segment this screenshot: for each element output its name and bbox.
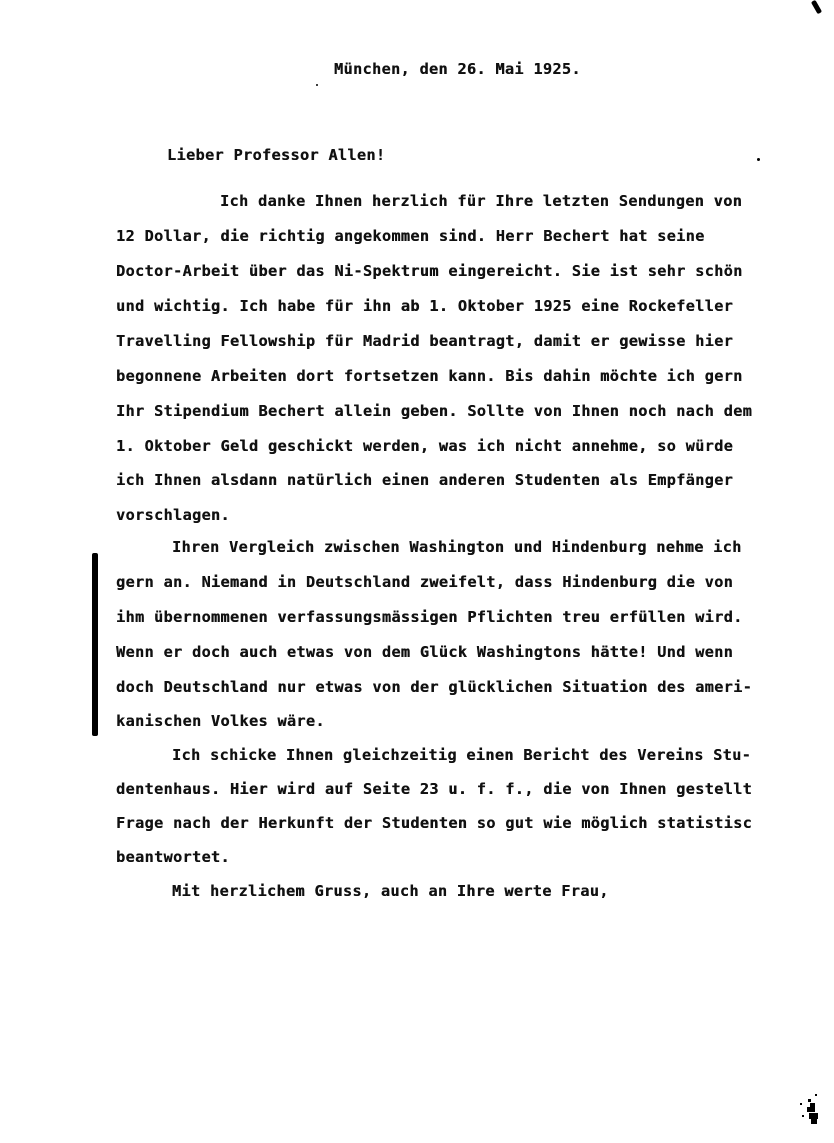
text-line: Ich danke Ihnen herzlich für Ihre letzte…	[220, 192, 742, 210]
margin-marker-bar	[92, 553, 98, 736]
text-line: gern an. Niemand in Deutschland zweifelt…	[116, 573, 733, 591]
text-line: ihm übernommenen verfassungsmässigen Pfl…	[116, 608, 743, 626]
text-line: vorschlagen.	[116, 506, 230, 524]
text-line: beantwortet.	[116, 848, 230, 866]
text-line: Ihren Vergleich zwischen Washington und …	[172, 538, 742, 556]
scan-noise-mark	[800, 1093, 822, 1129]
scan-mark	[811, 0, 822, 14]
text-line: Ich schicke Ihnen gleichzeitig einen Ber…	[172, 746, 751, 764]
closing: Mit herzlichem Gruss, auch an Ihre werte…	[172, 882, 609, 900]
text-line: und wichtig. Ich habe für ihn ab 1. Okto…	[116, 297, 733, 315]
salutation: Lieber Professor Allen!	[167, 146, 385, 164]
text-line: Ihr Stipendium Bechert allein geben. Sol…	[116, 402, 752, 420]
text-line: kanischen Volkes wäre.	[116, 712, 325, 730]
text-line: ich Ihnen alsdann natürlich einen andere…	[116, 471, 733, 489]
scan-speck	[316, 84, 318, 86]
text-line: 12 Dollar, die richtig angekommen sind. …	[116, 227, 705, 245]
dateline: München, den 26. Mai 1925.	[334, 60, 581, 78]
text-line: begonnene Arbeiten dort fortsetzen kann.…	[116, 367, 743, 385]
text-line: Frage nach der Herkunft der Studenten so…	[116, 814, 752, 832]
text-line: Wenn er doch auch etwas von dem Glück Wa…	[116, 643, 733, 661]
letter-page: München, den 26. Mai 1925. Lieber Profes…	[0, 0, 834, 1143]
text-line: Travelling Fellowship für Madrid beantra…	[116, 332, 733, 350]
scan-speck	[757, 158, 760, 161]
text-line: 1. Oktober Geld geschickt werden, was ic…	[116, 437, 733, 455]
text-line: doch Deutschland nur etwas von der glück…	[116, 678, 752, 696]
text-line: Doctor-Arbeit über das Ni-Spektrum einge…	[116, 262, 743, 280]
text-line: dentenhaus. Hier wird auf Seite 23 u. f.…	[116, 780, 752, 798]
